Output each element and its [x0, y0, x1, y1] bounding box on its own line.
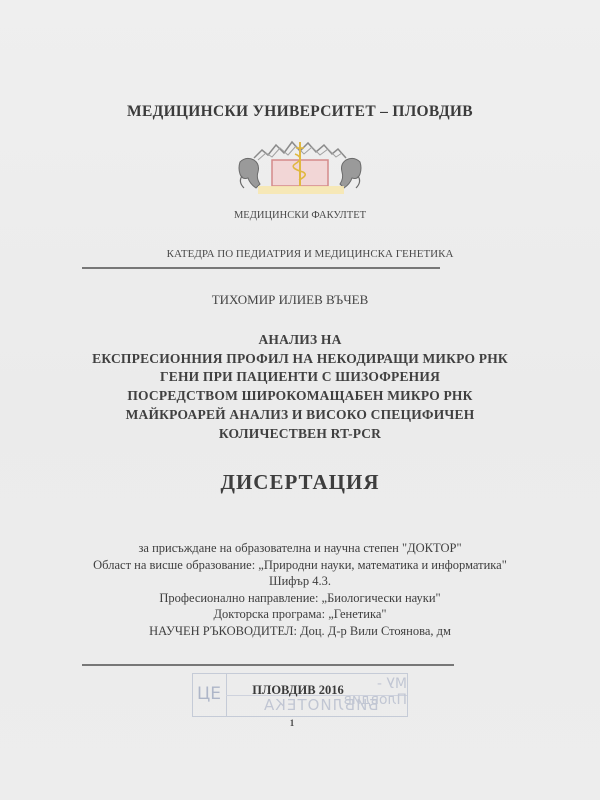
meta-line: Професионално направление: „Биологически…: [0, 590, 600, 607]
title-line: ПОСРЕДСТВОМ ШИРОКОМАЩАБЕН МИКРО РНК: [0, 387, 600, 406]
stamp-bottom-text: БИБЛИОТЕКА: [263, 696, 379, 714]
bottom-divider: [82, 664, 454, 666]
meta-line: НАУЧЕН РЪКОВОДИТЕЛ: Доц. Д-р Вили Стояно…: [0, 623, 600, 640]
university-name: МЕДИЦИНСКИ УНИВЕРСИТЕТ – ПЛОВДИВ: [0, 103, 600, 121]
document-page: МЕДИЦИНСКИ УНИВЕРСИТЕТ – ПЛОВДИВ МЕДИЦИН…: [0, 0, 600, 800]
title-line: КОЛИЧЕСТВЕН RT-PCR: [0, 425, 600, 444]
title-line: ЕКСПРЕСИОННИЯ ПРОФИЛ НА НЕКОДИРАЩИ МИКРО…: [0, 350, 600, 369]
title-line: МАЙКРОАРЕЙ АНАЛИЗ И ВИСОКО СПЕЦИФИЧЕН: [0, 406, 600, 425]
author-name: ТИХОМИР ИЛИЕВ ВЪЧЕВ: [0, 292, 590, 308]
top-divider: [82, 267, 440, 269]
department-name: КАТЕДРА ПО ПЕДИАТРИЯ И МЕДИЦИНСКА ГЕНЕТИ…: [10, 248, 600, 260]
page-number: 1: [0, 718, 592, 728]
thesis-title: АНАЛИЗ НА ЕКСПРЕСИОННИЯ ПРОФИЛ НА НЕКОДИ…: [0, 331, 600, 443]
faculty-name: МЕДИЦИНСКИ ФАКУЛТЕТ: [0, 210, 600, 221]
meta-line: Шифър 4.3.: [0, 573, 600, 590]
title-line: ГЕНИ ПРИ ПАЦИЕНТИ С ШИЗОФРЕНИЯ: [0, 368, 600, 387]
university-crest-icon: [232, 136, 368, 194]
city-year: ПЛОВДИВ 2016: [0, 683, 598, 698]
title-line: АНАЛИЗ НА: [0, 331, 600, 350]
meta-line: Докторска програма: „Генетика": [0, 606, 600, 623]
meta-line: Област на висше образование: „Природни н…: [0, 557, 600, 574]
degree-info: за присъждане на образователна и научна …: [0, 540, 600, 640]
document-type: ДИСЕРТАЦИЯ: [0, 470, 600, 495]
meta-line: за присъждане на образователна и научна …: [0, 540, 600, 557]
